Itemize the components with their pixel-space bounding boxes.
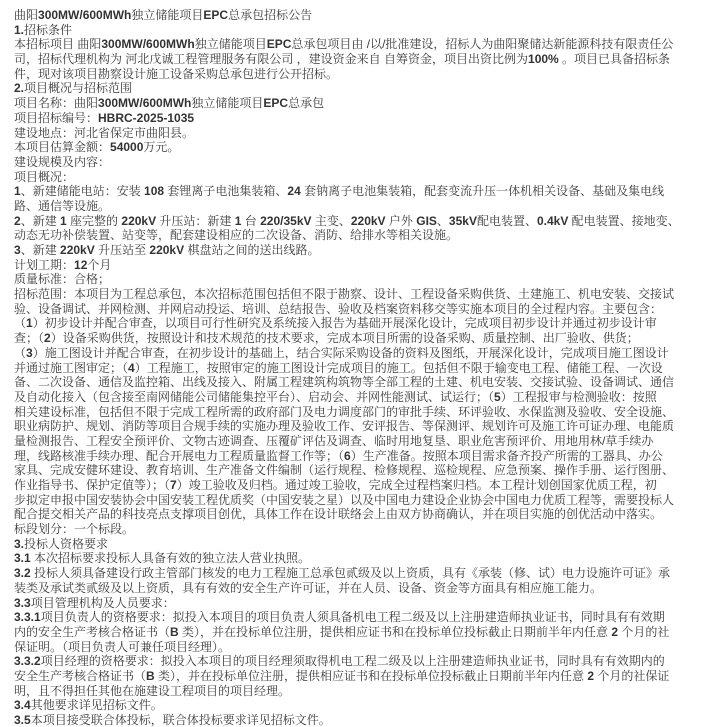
latin-text: 24 [287,184,300,198]
text-line: 作业指导书、保护定值等）；（7）竣工验收及归档。通过竣工验收，完成全过程档案归档… [14,478,718,493]
latin-text: 4 [128,361,135,375]
latin-text: 1 [60,214,67,228]
latin-text: 35kV [449,214,477,228]
latin-text: 3 [14,243,21,257]
text-line: （3）施工图设计并配合审查，在初步设计的基础上，结合实际采购设备的资料及图纸，开… [14,346,718,361]
text-line: 量检测报告、工程安全预评价、文物古迹调查、压覆矿评估及调查、临时用地复垦、职业危… [14,434,718,449]
text-line: 标段划分：一个标段。 [14,522,718,537]
latin-text: 1. [14,23,24,37]
latin-text: 108 [144,184,164,198]
text-line: 本项目估算金额：54000万元。 [14,140,718,155]
latin-text: 2. [14,81,24,95]
text-line: 建设地点：河北省保定市曲阳县。 [14,126,718,141]
latin-text: HBRC-2025-1035 [98,111,194,125]
text-line: 3.3.2项目经理的资格要求：拟投入本项目的项目经理须取得机电工程二级及以上注册… [14,654,718,669]
latin-text: 5 [494,390,501,404]
latin-text: 2 [611,625,618,639]
text-line: 计划工期：12个月 [14,258,718,273]
latin-text: GIS [416,214,437,228]
section-heading: 1.招标条件 [14,23,718,38]
latin-text: 6 [344,449,351,463]
text-line: 职业病防护、规划、消防等项目合规手续的实施办理及验收工作、安评报告、等保测评、规… [14,419,718,434]
text-line: 并通过施工图审定；（4）工程施工，按照审定的施工图设计完成项目的施工。包括但不限… [14,361,718,376]
latin-text: 54000 [110,140,143,154]
text-line: 及自动化接入（包含接至南网储能公司储能集控平台）、启动会、并网性能测试、试运行；… [14,390,718,405]
text-line: 3.3.1项目负责人的资格要求：拟投入本项目的项目负责人须具备机电工程二级及以上… [14,610,718,625]
latin-text: 12 [74,258,87,272]
tender-announcement-document: 曲阳300MW/600MWh独立储能项目EPC总承包招标公告 1.招标条件本招标… [0,0,722,727]
latin-text: 2 [587,669,594,683]
text-line: 保证明。（项目负责人可兼任项目经理）。 [14,640,718,655]
latin-text: 3.5 [14,713,31,727]
latin-text: 3.2 [14,566,31,580]
text-line: 内的安全生产考核合格证书（B 类），并在投标单位注册，提供相应证书和在投标单位投… [14,625,718,640]
text-line: 理，线路核准手续办理、配合开展电力工程质量监督工作等；（6）生产准备。按照本项目… [14,449,718,464]
latin-text: 3.3.2 [14,654,41,668]
latin-text: 3.3.1 [14,610,41,624]
document-body: 1.招标条件本招标项目 曲阳300MW/600MWh独立储能项目EPC总承包项目… [14,23,718,727]
latin-text: 0.4kV [537,214,568,228]
text-line: 步拟定申报中国安装协会中国安装工程优质奖（中国安装之星）以及中国电力建设企业协会… [14,493,718,508]
latin-text: 220kV [121,214,156,228]
text-line: 配合提交相关产品的科技亮点支撑项目创优，具体工作在设计联络会上由双方协商确认，并… [14,507,718,522]
latin-text: 7 [170,478,177,492]
latin-text: 1 [14,184,21,198]
text-line: 相关建设标准，包括但不限于完成工程所需的政府部门及电力调度部门的审批手续、环评验… [14,405,718,420]
text-line: 3.2 投标人须具备建设行政主管部门核发的电力工程施工总承包贰级及以上资质，具有… [14,566,718,581]
latin-text: 1 [235,214,242,228]
text-line: 项目招标编号：HBRC-2025-1035 [14,111,718,126]
latin-text: 100% [528,52,559,66]
latin-text: 300MW/600MWh [101,37,194,51]
latin-text: EPC [267,37,292,51]
text-line: 件，现对该项目勘察设计施工设备采购总承包进行公开招标。 [14,67,718,82]
text-line: 家具、完成安健环建设、教育培训、生产准备文件编制（运行规程、检修规程、巡检规程、… [14,463,718,478]
text-line: 验、设备调试、并网检测、并网启动投运、培训、总结报告、验收及档案资料移交等实施本… [14,302,718,317]
latin-text: 2 [44,331,51,345]
text-line: 3.3项目管理机构及人员要求： [14,596,718,611]
text-line: 建设规模及内容： [14,155,718,170]
text-line: 项目概况： [14,170,718,185]
text-line: 本招标项目 曲阳300MW/600MWh独立储能项目EPC总承包项目由 /以/批… [14,37,718,52]
latin-text: 3.3 [14,596,31,610]
section-heading: 3.投标人资格要求 [14,537,718,552]
latin-text: 3 [26,346,33,360]
document-title: 曲阳300MW/600MWh独立储能项目EPC总承包招标公告 [14,8,718,23]
text-line: 3.1 本次招标要求投标人具备有效的独立法人营业执照。 [14,551,718,566]
text-line: 3、新建 220kV 升压站至 220kV 棋盘站之间的送出线路。 [14,243,718,258]
latin-text: 3.4 [14,698,31,712]
latin-text: 300MW/600MWh [38,8,131,22]
latin-text: 2 [14,214,21,228]
text-line: 备、二次设备、通信及监控箱、出线及接入、附属工程建筑构筑物等全部工程的土建、机电… [14,375,718,390]
latin-text: 220kV [149,243,184,257]
text-line: 装类及承试类贰级及以上资质，具有有效的安全生产许可证，并在人员、设备、资金等方面… [14,581,718,596]
text-line: 3.5本项目接受联合体投标，联合体投标要求详见招标文件。 [14,713,718,727]
text-line: （1）初步设计并配合审查，以项目可行性研究及系统接入报告为基础开展深化设计，完成… [14,316,718,331]
text-line: 3.4其他要求详见招标文件。 [14,698,718,713]
latin-text: 1 [26,316,33,330]
text-line: 查；（2）设备采购供货，按照设计和技术规范的技术要求，完成本项目所需的设备采购、… [14,331,718,346]
text-line: 安全生产考核合格证书（B 类），并在投标单位注册，提供相应证书和在投标单位投标截… [14,669,718,684]
latin-text: 220/35kV [260,214,311,228]
text-line: 路、通信等设施。 [14,199,718,214]
latin-text: 300MW/600MWh [98,96,191,110]
text-line: 明，且不得担任其他在施建设工程项目的项目经理。 [14,684,718,699]
latin-text: 220kV [351,214,386,228]
latin-text: EPC [263,96,288,110]
text-line: 招标范围：本项目为工程总承包，本次招标范围包括但不限于勘察、设计、工程设备采购供… [14,287,718,302]
text-line: 动态无功补偿装置、站变等，配套建设相应的二次设备、消防、给排水等相关设施。 [14,228,718,243]
latin-text: 3.1 [14,551,31,565]
text-line: 1、新建储能电站：安装 108 套锂离子电池集装箱、24 套钠离子电池集装箱，配… [14,184,718,199]
latin-text: EPC [203,8,228,22]
latin-text: B [170,625,179,639]
latin-text: 220kV [60,243,95,257]
text-line: 质量标准：合格； [14,272,718,287]
text-line: 2、新建 1 座完整的 220kV 升压站：新建 1 台 220/35kV 主变… [14,214,718,229]
latin-text: B [146,669,155,683]
text-line: 司，招标代理机构为 河北戊诚工程管理服务有限公司 ，建设资金来自 自筹资金，项目… [14,52,718,67]
latin-text: 3. [14,537,24,551]
section-heading: 2.项目概况与招标范围 [14,81,718,96]
text-line: 项目名称：曲阳300MW/600MWh独立储能项目EPC总承包 [14,96,718,111]
